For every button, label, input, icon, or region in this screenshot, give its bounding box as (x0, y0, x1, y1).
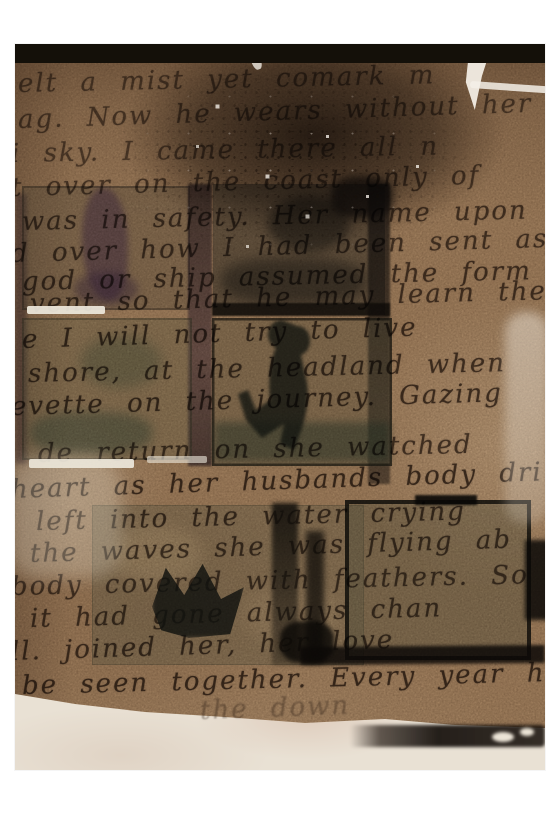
white-dash (27, 306, 105, 314)
white-gap (520, 728, 534, 736)
black-smudge-band (350, 725, 545, 747)
white-dash (147, 456, 207, 463)
artwork: elt a mist yet comark mag. Now he wears … (15, 44, 545, 770)
faint-handwriting-line: the down (199, 691, 350, 726)
chalky-streak-right (505, 312, 545, 524)
chalky-patch-left (15, 456, 121, 578)
white-gap (492, 732, 514, 742)
grain-texture (15, 44, 545, 770)
photo-background: elt a mist yet comark mag. Now he wears … (0, 0, 560, 840)
black-top-band (15, 44, 545, 63)
